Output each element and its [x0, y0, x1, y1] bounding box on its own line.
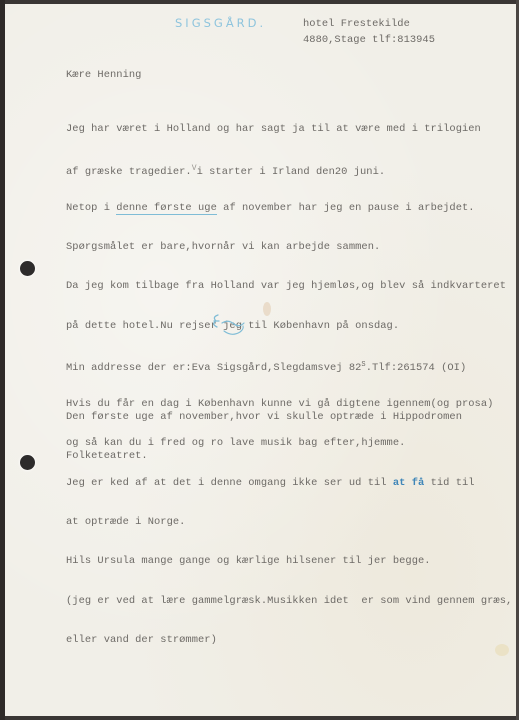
paper-stain: [495, 644, 509, 656]
punch-hole: [20, 261, 35, 276]
punch-hole: [20, 455, 35, 470]
body-line: af græske tragedier.Vi starter i Irland …: [66, 162, 512, 175]
body-line: at optræde i Norge.: [66, 516, 512, 529]
blue-underlined-text: denne første uge: [116, 202, 217, 215]
body-line: Jeg har været i Holland og har sagt ja t…: [66, 123, 512, 136]
handwritten-sender-name: SIGSGÅRD.: [175, 16, 266, 30]
handwritten-signature: [208, 311, 258, 341]
body-line: (jeg er ved at lære gammelgræsk.Musikken…: [66, 595, 512, 608]
footnote: Den første uge af november,hvor vi skull…: [66, 385, 462, 490]
body-line: på dette hotel.Nu rejser jeg til Københa…: [66, 320, 512, 333]
letter-page: SIGSGÅRD. hotel Frestekilde 4880,Stage t…: [5, 4, 516, 716]
body-line: Hils Ursula mange gange og kærlige hilse…: [66, 555, 512, 568]
body-line: Spørgsmålet er bare,hvornår vi kan arbej…: [66, 241, 512, 254]
paper-stain: [263, 302, 271, 316]
hotel-line: hotel Frestekilde: [303, 18, 410, 30]
body-line: eller vand der strømmer): [66, 634, 512, 647]
body-line: Da jeg kom tilbage fra Holland var jeg h…: [66, 280, 512, 293]
address-line: 4880,Stage tlf:813945: [303, 34, 435, 46]
footnote-line: Folketeatret.: [66, 450, 462, 463]
body-line: Netop i denne første uge af november har…: [66, 202, 512, 215]
body-line: Min addresse der er:Eva Sigsgård,Slegdam…: [66, 359, 512, 372]
salutation: Kære Henning: [66, 69, 141, 81]
footnote-line: Den første uge af november,hvor vi skull…: [66, 411, 462, 424]
